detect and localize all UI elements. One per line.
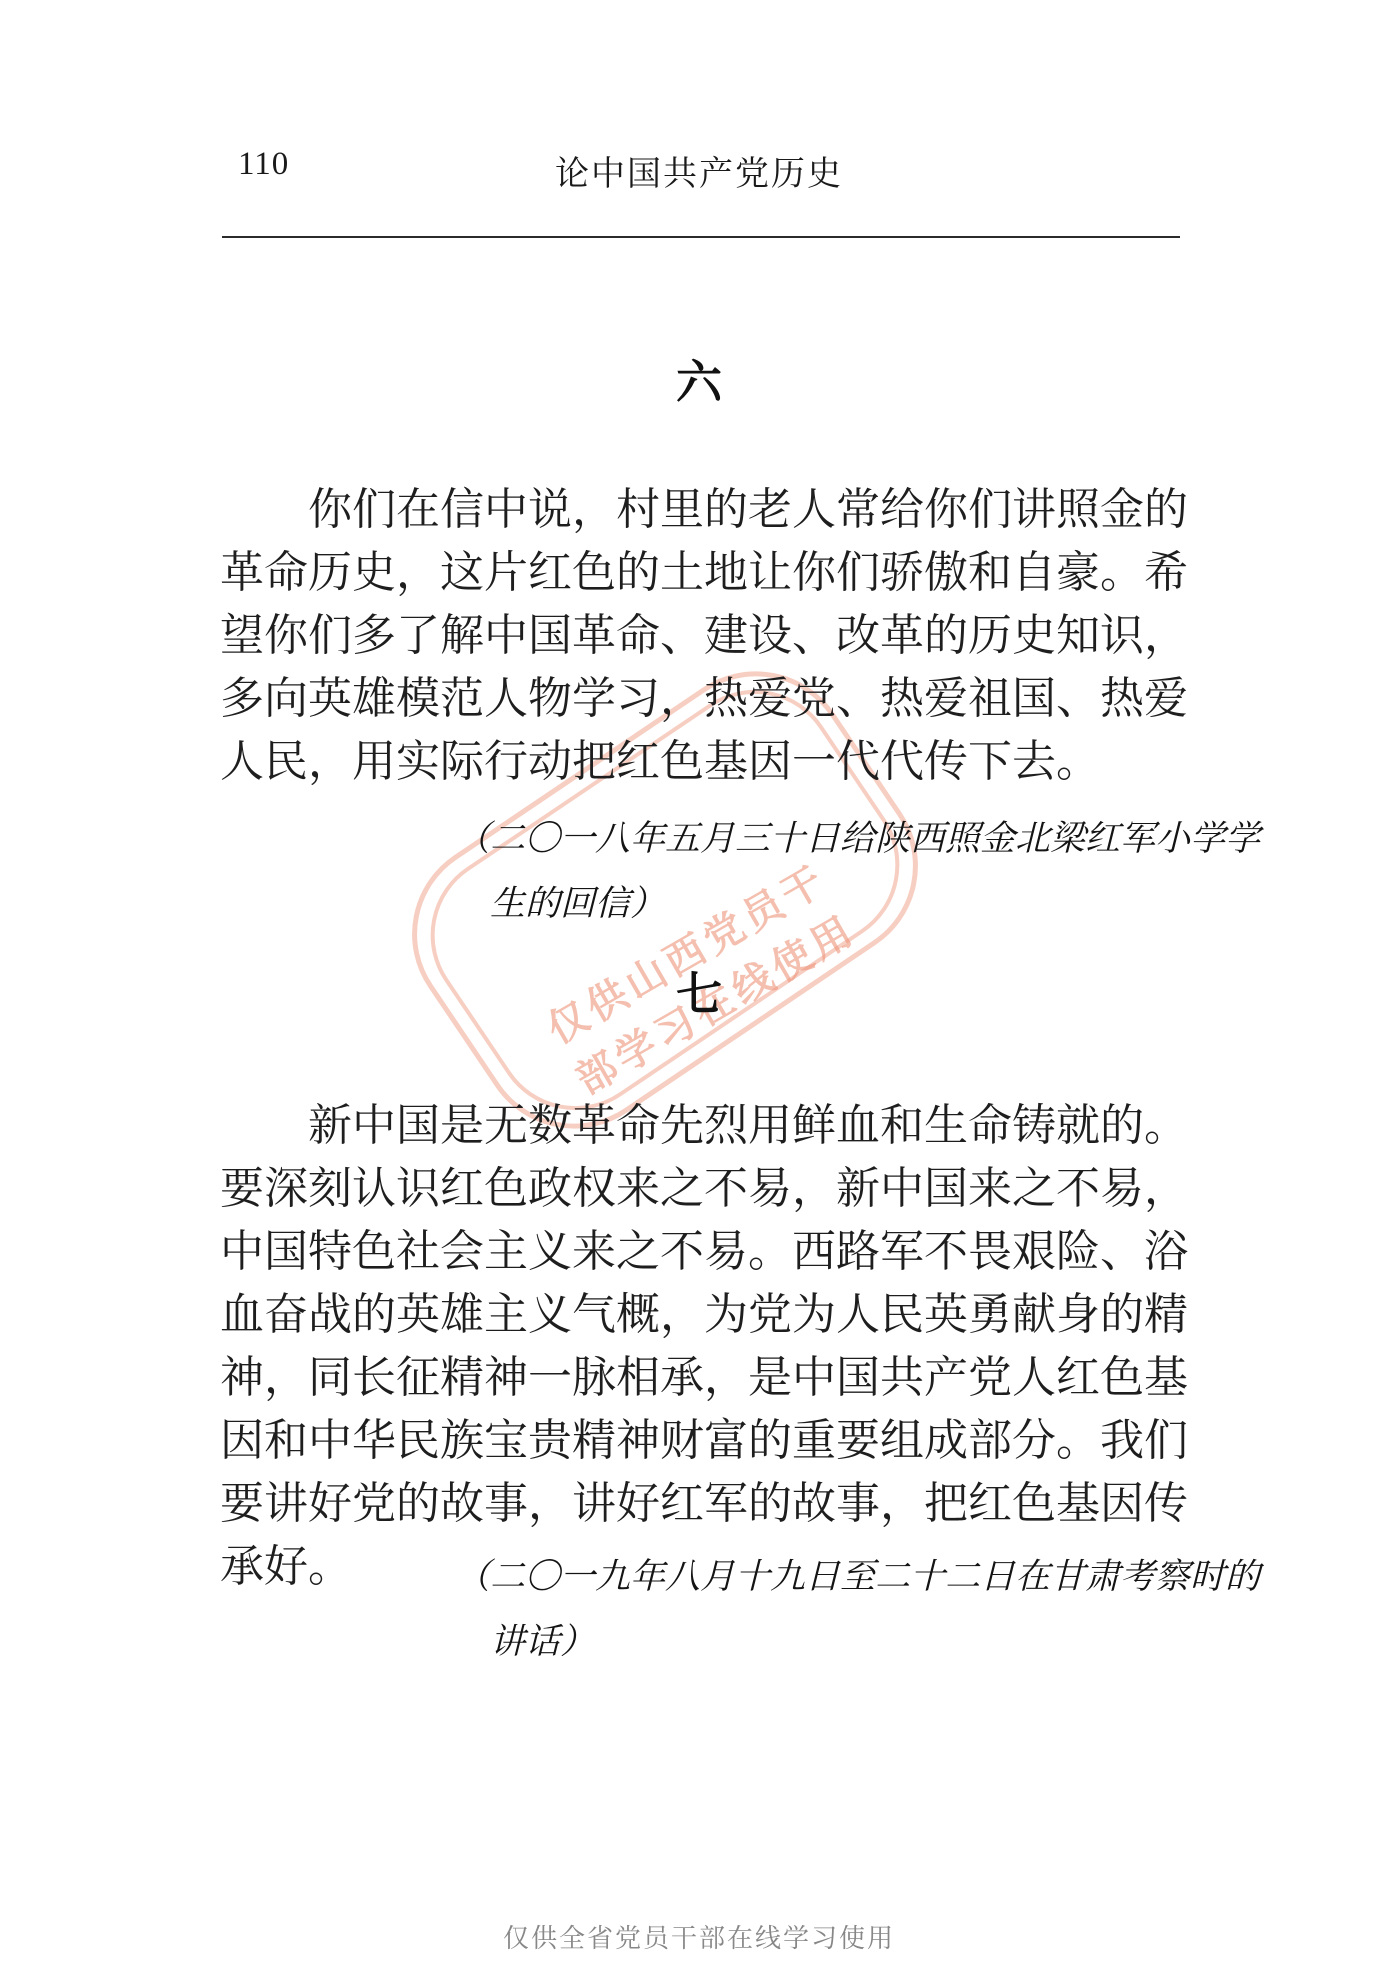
book-page: 仅供山西党员干 部学习在线使用 110 论中国共产党历史 六 你们在信中说，村里… (0, 0, 1398, 1965)
section-6-paragraph: 你们在信中说，村里的老人常给你们讲照金的革命历史，这片红色的土地让你们骄傲和自豪… (220, 478, 1188, 793)
section-heading-7: 七 (0, 958, 1398, 1024)
section-7-paragraph: 新中国是无数革命先烈用鲜血和生命铸就的。要深刻认识红色政权来之不易，新中国来之不… (220, 1094, 1188, 1598)
section-7-attribution: （二〇一九年八月十九日至二十二日在甘肃考察时的讲话） (455, 1544, 1272, 1674)
section-heading-6: 六 (0, 346, 1398, 412)
running-title: 论中国共产党历史 (0, 146, 1398, 195)
section-6-attribution: （二〇一八年五月三十日给陕西照金北梁红军小学学生的回信） (455, 806, 1272, 936)
footer-usage-notice: 仅供全省党员干部在线学习使用 (0, 1918, 1398, 1955)
header-rule (222, 236, 1180, 238)
